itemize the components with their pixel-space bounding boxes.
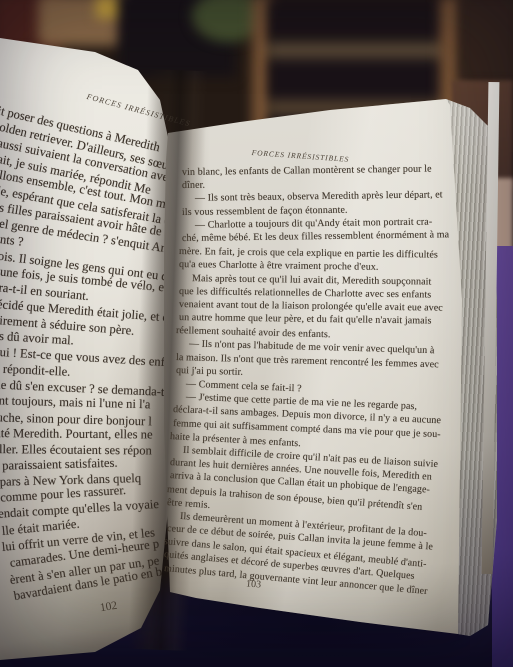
background-blob (458, 0, 513, 84)
right-page-text: vin blanc, les enfants de Callan montère… (160, 167, 460, 576)
right-page-number: 103 (246, 578, 262, 590)
open-book-photo: FORCES IRRÉSISTIBLES frait poser des que… (0, 0, 513, 667)
text-line: ché, même bébé. Et les deux filles resse… (182, 229, 460, 246)
